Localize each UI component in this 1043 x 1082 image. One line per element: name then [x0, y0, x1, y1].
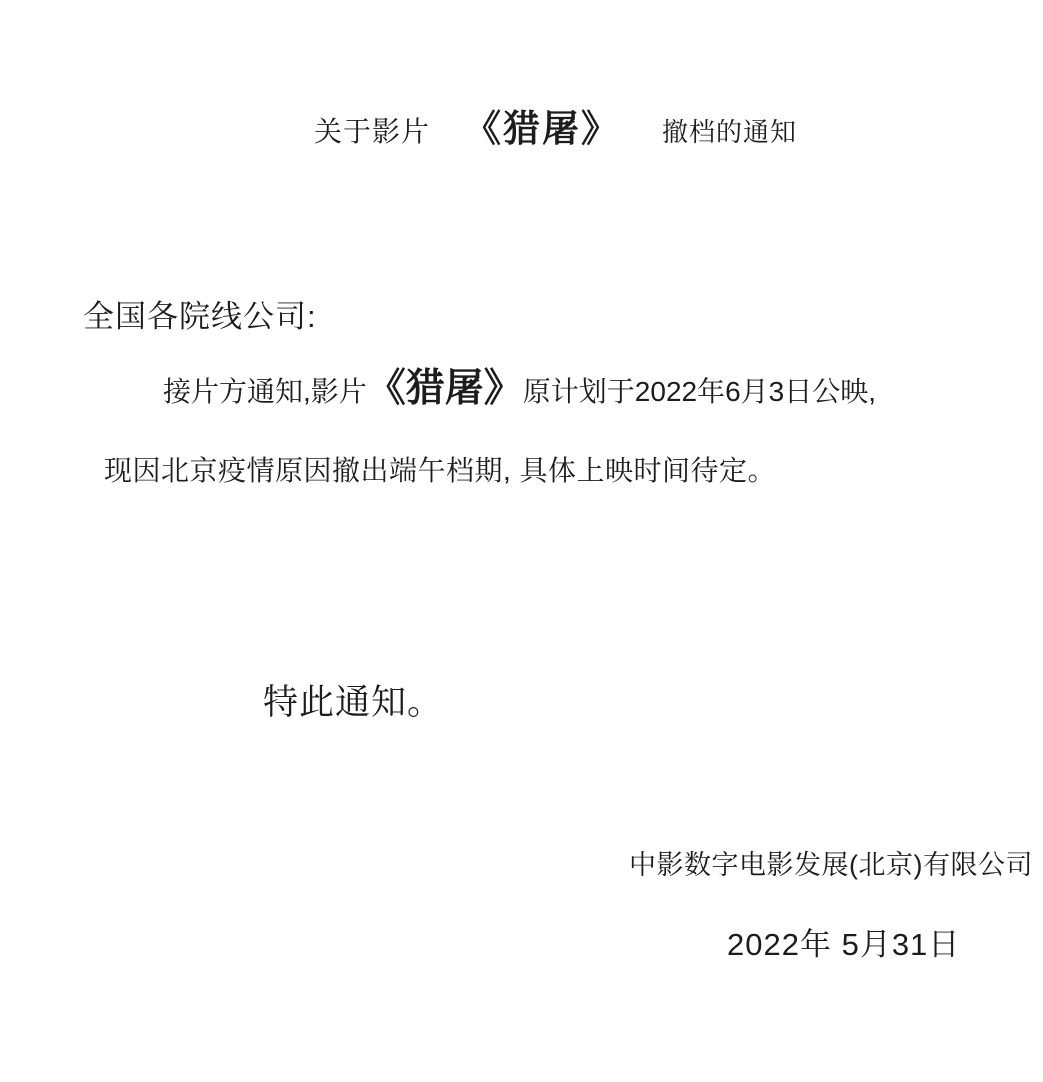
body-paragraph-line-2: 现因北京疫情原因撤出端午档期, 具体上映时间待定。 — [104, 449, 776, 489]
notice-date: 2022年 5月31日 — [727, 919, 960, 964]
body-line1-film-name: 《猎屠》 — [367, 367, 523, 410]
company-signature: 中影数字电影发展(北京)有限公司 — [629, 843, 1033, 882]
document-title: 关于影片《猎屠》撤档的通知 — [314, 98, 797, 152]
salutation: 全国各院线公司: — [83, 291, 317, 336]
body-paragraph-line-1: 接片方通知,影片《猎屠》原计划于2022年6月3日公映, — [163, 357, 876, 413]
notice-document: 关于影片《猎屠》撤档的通知 全国各院线公司: 接片方通知,影片《猎屠》原计划于2… — [0, 0, 1043, 1082]
title-film-name: 《猎屠》 — [464, 108, 620, 149]
body-line1-suffix: 原计划于2022年6月3日公映, — [523, 376, 876, 407]
title-prefix: 关于影片 — [314, 116, 430, 147]
closing-statement: 特此通知。 — [263, 675, 443, 725]
title-suffix: 撤档的通知 — [662, 117, 797, 147]
body-line1-prefix: 接片方通知,影片 — [163, 376, 367, 407]
